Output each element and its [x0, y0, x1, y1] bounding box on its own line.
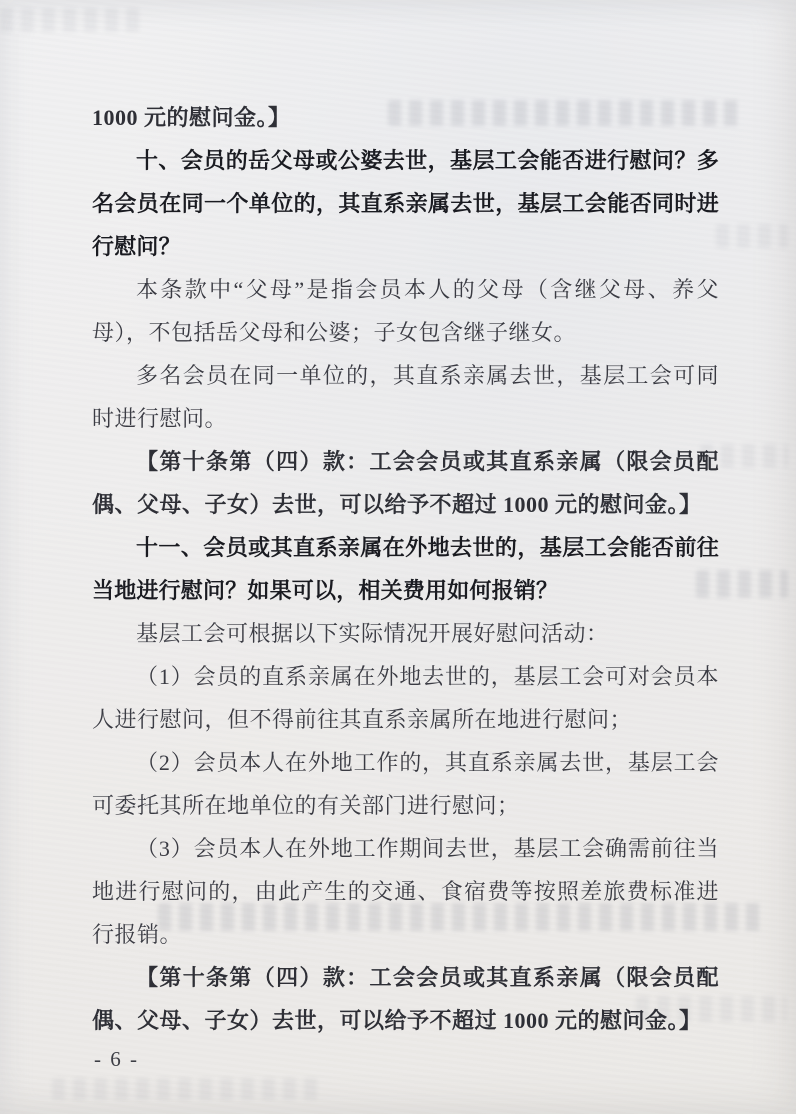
bleed-through-ghost: [52, 1078, 322, 1100]
paragraph-question-10: 十、会员的岳父母或公婆去世，基层工会能否进行慰问？多名会员在同一个单位的，其直系…: [92, 139, 719, 268]
paragraph-cite-article-10-2: 【第十条第（四）款：工会会员或其直系亲属（限会员配偶、父母、子女）去世，可以给予…: [92, 956, 719, 1042]
paragraph-answer-11-item-1: （1）会员的直系亲属在外地去世的，基层工会可对会员本人进行慰问，但不得前往其直系…: [92, 655, 719, 741]
paragraph-answer-10-multiple: 多名会员在同一单位的，其直系亲属去世，基层工会可同时进行慰问。: [92, 354, 719, 440]
bleed-through-ghost: [716, 224, 788, 248]
bleed-through-ghost: [0, 8, 140, 32]
paragraph-question-11: 十一、会员或其直系亲属在外地去世的，基层工会能否前往当地进行慰问？如果可以，相关…: [92, 526, 719, 612]
paragraph-answer-11-item-3: （3）会员本人在外地工作期间去世，基层工会确需前往当地进行慰问的，由此产生的交通…: [92, 827, 719, 956]
paragraph-answer-10-definition: 本条款中“父母”是指会员本人的父母（含继父母、养父母），不包括岳父母和公婆；子女…: [92, 268, 719, 354]
scanned-document-page: 1000 元的慰问金。】 十、会员的岳父母或公婆去世，基层工会能否进行慰问？多名…: [0, 0, 796, 1114]
page-number: - 6 -: [94, 1044, 139, 1074]
paragraph-cite-article-10-1: 【第十条第（四）款：工会会员或其直系亲属（限会员配偶、父母、子女）去世，可以给予…: [92, 440, 719, 526]
paragraph-answer-11-item-2: （2）会员本人在外地工作的，其直系亲属去世，基层工会可委托其所在地单位的有关部门…: [92, 741, 719, 827]
document-text-block: 1000 元的慰问金。】 十、会员的岳父母或公婆去世，基层工会能否进行慰问？多名…: [92, 96, 719, 1042]
paragraph-cite-continuation: 1000 元的慰问金。】: [92, 96, 719, 139]
paragraph-answer-11-intro: 基层工会可根据以下实际情况开展好慰问活动：: [92, 612, 719, 655]
